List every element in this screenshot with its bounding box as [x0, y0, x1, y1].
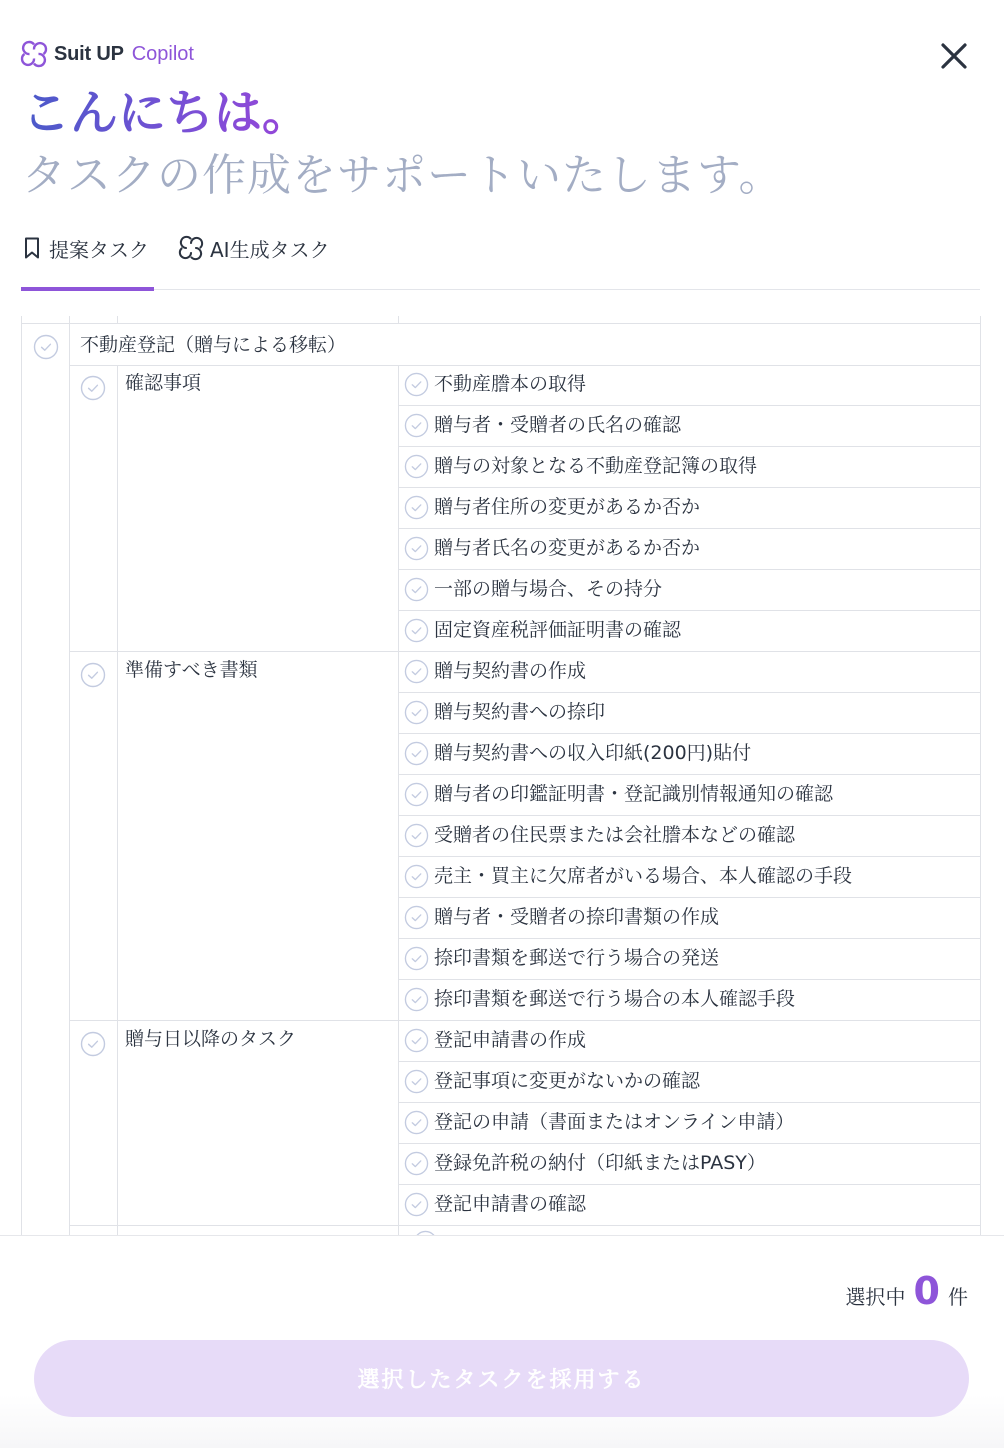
- check-circle-icon[interactable]: [404, 454, 429, 479]
- tab-suggested-tasks[interactable]: 提案タスク: [21, 234, 154, 290]
- task-label: 不動産謄本の取得: [434, 371, 586, 397]
- check-circle-icon[interactable]: [80, 375, 106, 401]
- check-circle-icon[interactable]: [80, 662, 106, 688]
- selected-count: 選択中 0 件: [846, 1272, 968, 1310]
- check-circle-icon[interactable]: [33, 334, 59, 360]
- brand-name: Suit UP: [54, 43, 124, 66]
- adopt-selected-tasks-button[interactable]: 選択したタスクを採用する: [34, 1340, 969, 1417]
- task-row[interactable]: 贈与契約書への収入印紙(200円)貼付: [398, 734, 980, 775]
- task-label: 贈与者の印鑑証明書・登記識別情報通知の確認: [434, 781, 833, 807]
- close-button[interactable]: [936, 38, 972, 74]
- task-row[interactable]: 不動産謄本の取得: [398, 365, 980, 406]
- task-label: 贈与の対象となる不動産登記簿の取得: [434, 453, 757, 479]
- task-label: 登記申請書の作成: [434, 1027, 586, 1053]
- check-circle-icon[interactable]: [80, 1031, 106, 1057]
- interlocking-rings-icon: [178, 235, 204, 261]
- task-label: 贈与者氏名の変更があるか否か: [434, 535, 700, 561]
- tab-label: AI生成タスク: [210, 234, 330, 263]
- task-label: 贈与者・受贈者の捺印書類の作成: [434, 904, 719, 930]
- selected-count-value: 0: [914, 1272, 940, 1310]
- check-circle-icon[interactable]: [404, 1110, 429, 1135]
- task-row[interactable]: 贈与契約書の作成: [398, 652, 980, 693]
- group-row-documents[interactable]: 準備すべき書類: [69, 652, 398, 1020]
- interlocking-rings-icon: [20, 40, 48, 68]
- task-label: 売主・買主に欠席者がいる場合、本人確認の手段: [434, 863, 852, 889]
- task-label: 登録免許税の納付（印紙またはPASY）: [434, 1150, 766, 1176]
- task-label: 贈与契約書の作成: [434, 658, 586, 684]
- check-circle-icon[interactable]: [404, 1069, 429, 1094]
- task-tabs: 提案タスク AI生成タスク: [21, 228, 980, 290]
- subtitle-heading: タスクの作成をサポートいたします。: [22, 146, 783, 206]
- brand: Suit UP Copilot: [20, 40, 194, 68]
- check-circle-icon[interactable]: [404, 495, 429, 520]
- copilot-header: Suit UP Copilot こんにちは。 タスクの作成をサポートいたします。…: [0, 0, 1004, 290]
- task-label: 受贈者の住民票または会社謄本などの確認: [434, 822, 795, 848]
- root-task-title: 不動産登記（贈与による移転）: [80, 332, 346, 358]
- task-label: 贈与者・受贈者の氏名の確認: [434, 412, 681, 438]
- task-row[interactable]: 登記の申請（書面またはオンライン申請）: [398, 1103, 980, 1144]
- check-circle-icon[interactable]: [404, 413, 429, 438]
- group-label: 準備すべき書類: [125, 657, 258, 683]
- check-circle-icon[interactable]: [404, 864, 429, 889]
- task-row[interactable]: 一部の贈与場合、その持分: [398, 570, 980, 611]
- task-label: 一部の贈与場合、その持分: [434, 576, 662, 602]
- check-circle-icon[interactable]: [404, 987, 429, 1012]
- tab-ai-generated-tasks[interactable]: AI生成タスク: [178, 234, 330, 290]
- check-circle-icon[interactable]: [404, 618, 429, 643]
- root-task-row[interactable]: 不動産登記（贈与による移転）: [21, 324, 981, 365]
- check-circle-icon[interactable]: [404, 372, 429, 397]
- task-label: 固定資産税評価証明書の確認: [434, 617, 681, 643]
- group-label: 確認事項: [125, 370, 201, 396]
- task-row[interactable]: 贈与者・受贈者の捺印書類の作成: [398, 898, 980, 939]
- task-label: 登記事項に変更がないかの確認: [434, 1068, 700, 1094]
- task-row[interactable]: 登録免許税の納付（印紙またはPASY）: [398, 1144, 980, 1185]
- check-circle-icon[interactable]: [404, 1151, 429, 1176]
- check-circle-icon[interactable]: [404, 823, 429, 848]
- task-row[interactable]: 登記申請書の作成: [398, 1021, 980, 1062]
- bookmark-icon: [21, 236, 43, 260]
- divider: [980, 316, 981, 1236]
- group-row-confirmation[interactable]: 確認事項: [69, 365, 398, 652]
- task-row[interactable]: 贈与者・受贈者の氏名の確認: [398, 406, 980, 447]
- task-row[interactable]: 固定資産税評価証明書の確認: [398, 611, 980, 652]
- check-circle-icon[interactable]: [404, 741, 429, 766]
- task-row[interactable]: 売主・買主に欠席者がいる場合、本人確認の手段: [398, 857, 980, 898]
- selected-suffix: 件: [948, 1281, 968, 1310]
- task-label: 捺印書類を郵送で行う場合の発送: [434, 945, 719, 971]
- check-circle-icon[interactable]: [404, 659, 429, 684]
- brand-product: Copilot: [132, 43, 194, 66]
- divider: [69, 1225, 981, 1226]
- tab-label: 提案タスク: [49, 234, 149, 263]
- check-circle-icon[interactable]: [404, 905, 429, 930]
- selection-footer: 選択中 0 件 選択したタスクを採用する: [0, 1235, 1004, 1448]
- close-icon: [941, 43, 967, 69]
- check-circle-icon[interactable]: [404, 700, 429, 725]
- task-row[interactable]: 贈与者の印鑑証明書・登記識別情報通知の確認: [398, 775, 980, 816]
- greeting-heading: こんにちは。: [22, 82, 310, 144]
- task-table: 不動産登記（贈与による移転） 確認事項 不動産謄本の取得 贈与者・受贈者の氏名の…: [21, 316, 981, 1236]
- selected-prefix: 選択中: [846, 1281, 906, 1310]
- check-circle-icon[interactable]: [404, 782, 429, 807]
- task-row[interactable]: 捺印書類を郵送で行う場合の発送: [398, 939, 980, 980]
- check-circle-icon[interactable]: [404, 1192, 429, 1217]
- task-row[interactable]: 贈与者氏名の変更があるか否か: [398, 529, 980, 570]
- task-label: 登記の申請（書面またはオンライン申請）: [434, 1109, 794, 1135]
- task-row[interactable]: 登記申請書の確認: [398, 1185, 980, 1226]
- task-label: 贈与契約書への捺印: [434, 699, 605, 725]
- check-circle-icon[interactable]: [404, 577, 429, 602]
- task-row[interactable]: 贈与者住所の変更があるか否か: [398, 488, 980, 529]
- divider: [21, 316, 22, 1236]
- task-row[interactable]: 贈与契約書への捺印: [398, 693, 980, 734]
- check-circle-icon[interactable]: [404, 946, 429, 971]
- task-label: 登記申請書の確認: [434, 1191, 586, 1217]
- check-circle-icon[interactable]: [404, 536, 429, 561]
- group-label: 贈与日以降のタスク: [125, 1026, 296, 1052]
- task-label: 捺印書類を郵送で行う場合の本人確認手段: [434, 986, 795, 1012]
- task-row[interactable]: 捺印書類を郵送で行う場合の本人確認手段: [398, 980, 980, 1021]
- task-label: 贈与者住所の変更があるか否か: [434, 494, 700, 520]
- task-label: 贈与契約書への収入印紙(200円)貼付: [434, 740, 751, 766]
- task-row[interactable]: 受贈者の住民票または会社謄本などの確認: [398, 816, 980, 857]
- check-circle-icon[interactable]: [404, 1028, 429, 1053]
- task-row[interactable]: 贈与の対象となる不動産登記簿の取得: [398, 447, 980, 488]
- group-row-after-gift-date[interactable]: 贈与日以降のタスク: [69, 1021, 398, 1225]
- task-row[interactable]: 登記事項に変更がないかの確認: [398, 1062, 980, 1103]
